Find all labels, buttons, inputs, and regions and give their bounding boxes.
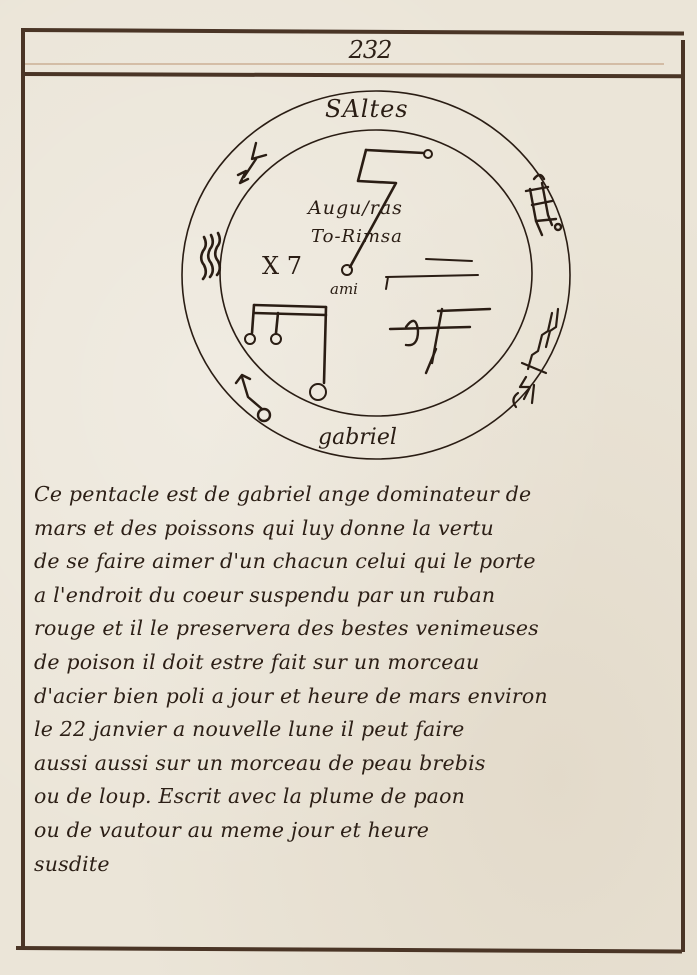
outer-ring — [182, 91, 570, 459]
manuscript-body-text: Ce pentacle est de gabriel ange dominate… — [34, 478, 674, 881]
text-line: a l'endroit du coeur suspendu par un rub… — [34, 579, 674, 613]
text-line: mars et des poissons qui luy donne la ve… — [34, 512, 674, 546]
text-line: susdite — [34, 848, 674, 882]
text-line: le 22 janvier a nouvelle lune il peut fa… — [34, 713, 674, 747]
seal-top-name: SAltes — [325, 95, 409, 123]
page-number: 232 — [330, 36, 410, 64]
text-line: de poison il doit estre fait sur un morc… — [34, 646, 674, 680]
seal-center-word-2: To-Rimsa — [311, 226, 403, 247]
text-line: Ce pentacle est de gabriel ange dominate… — [34, 478, 674, 512]
frame-right-rule — [681, 40, 685, 952]
seal-center-marks: X 7 — [262, 252, 302, 280]
pentacle-drawing — [180, 87, 572, 467]
crescent-cross-sigil — [390, 309, 490, 373]
seal-center-word-3: ami — [330, 280, 358, 298]
seal-bottom-name: gabriel — [318, 425, 397, 450]
pentacle-seal: SAltes Augu/ras To-Rimsa X 7 ami gabriel — [180, 87, 572, 467]
text-line: ou de loup. Escrit avec la plume de paon — [34, 780, 674, 814]
text-line: rouge et il le preservera des bestes ven… — [34, 612, 674, 646]
text-line: de se faire aimer d'un chacun celui qui … — [34, 545, 674, 579]
lightning-sigil — [513, 309, 558, 407]
seal-center-word-1: Augu/ras — [308, 197, 403, 219]
angular-y-sigil — [238, 143, 266, 183]
text-line: ou de vautour au meme jour et heure — [34, 814, 674, 848]
three-wavy-strokes-sigil — [201, 233, 220, 279]
frame-left-rule — [21, 28, 25, 950]
text-line: aussi aussi sur un morceau de peau brebi… — [34, 747, 674, 781]
gate-with-circles-sigil — [245, 305, 326, 400]
double-bar-sigil — [386, 259, 478, 289]
arrow-circle-sigil — [236, 375, 270, 421]
text-line: d'acier bien poli a jour et heure de mar… — [34, 680, 674, 714]
